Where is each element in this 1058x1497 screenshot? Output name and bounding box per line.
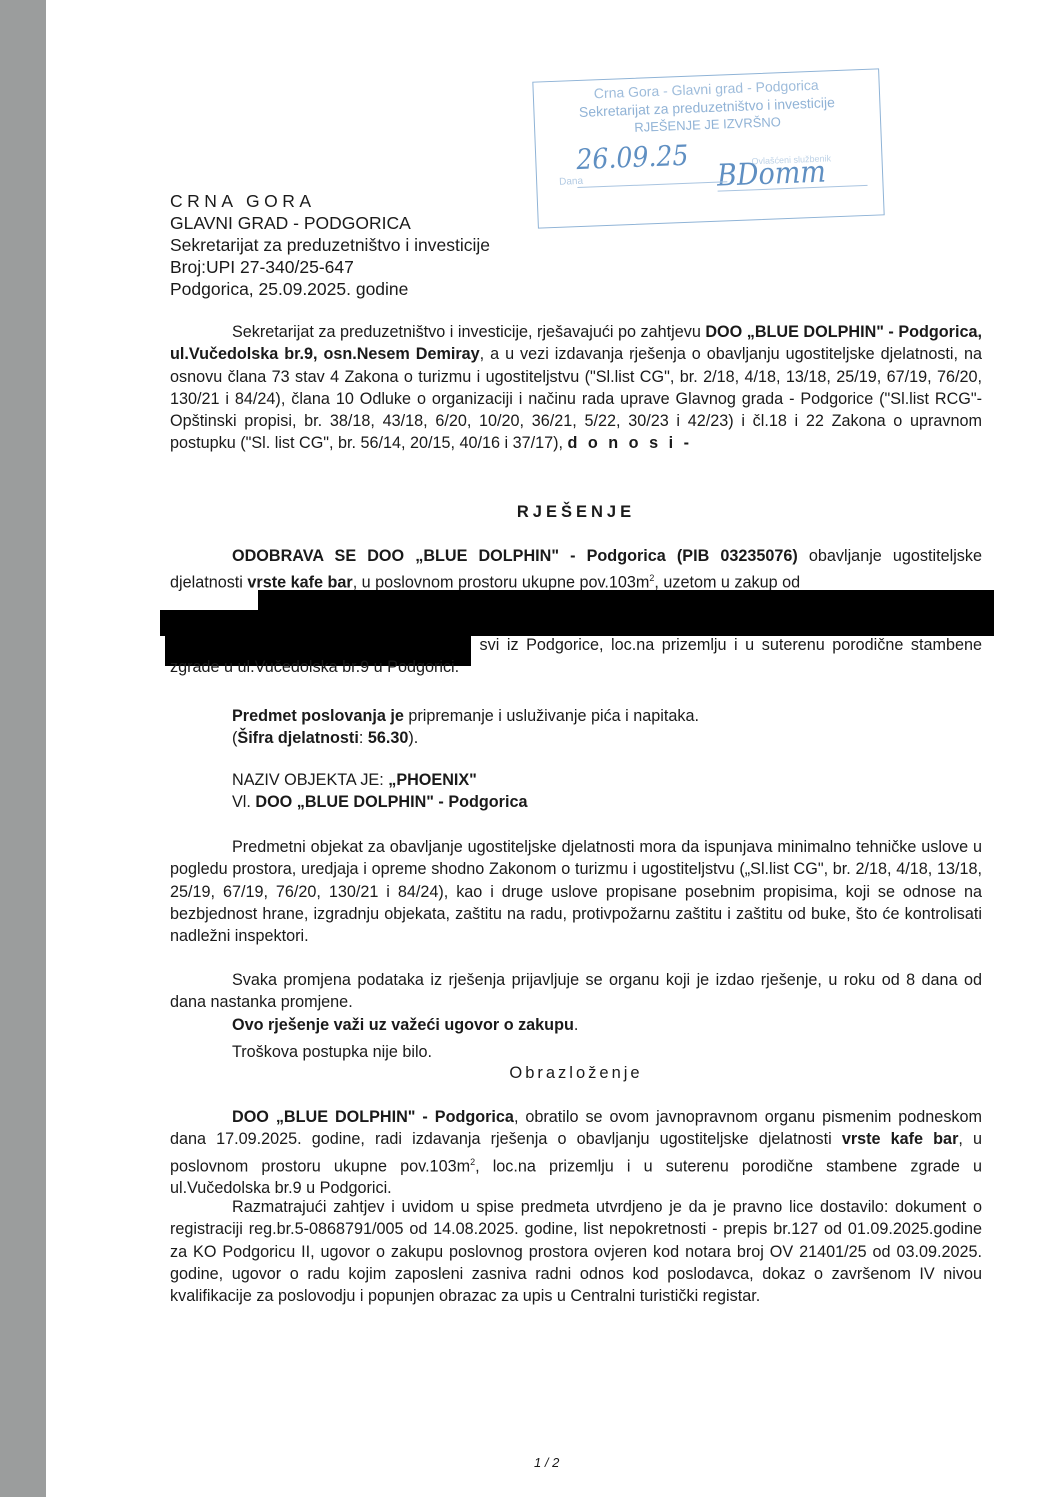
header-department: Sekretarijat za preduzetništvo i investi… [170, 234, 490, 256]
intro-paragraph: Sekretarijat za preduzetništvo i investi… [170, 321, 982, 455]
signature: BDomm [717, 164, 827, 186]
validity-paragraph: Ovo rješenje važi uz važeći ugovor o zak… [232, 1014, 982, 1036]
decision-paragraph: ODOBRAVA SE DOO „BLUE DOLPHIN" - Podgori… [170, 545, 982, 594]
stamp-date-line [577, 181, 727, 188]
decision-title: RJEŠENJE [170, 503, 982, 522]
redaction-bar [160, 610, 994, 636]
document-header: CRNA GORA GLAVNI GRAD - PODGORICA Sekret… [170, 190, 490, 300]
header-place-date: Podgorica, 25.09.2025. godine [170, 278, 490, 300]
conditions-paragraph: Predmetni objekat za obavljanje ugostite… [170, 836, 982, 947]
donosi: d o n o s i - [568, 434, 692, 452]
header-city: GLAVNI GRAD - PODGORICA [170, 212, 490, 234]
scan-edge-strip [0, 0, 46, 1497]
business-subject: Predmet poslovanja je pripremanje i uslu… [232, 705, 932, 750]
decision-paragraph-continued: svi iz Podgorice, loc.na prizemlju i u s… [170, 634, 982, 679]
reasoning-title: Obrazloženje [170, 1064, 982, 1083]
header-number: Broj:UPI 27-340/25-647 [170, 256, 490, 278]
costs-paragraph: Troškova postupka nije bilo. [232, 1041, 982, 1063]
page-number: 1 / 2 [534, 1455, 559, 1470]
object-name: „PHOENIX" [388, 771, 477, 789]
redaction-bar [258, 590, 994, 612]
changes-paragraph: Svaka promjena podataka iz rješenja prij… [170, 969, 982, 1014]
stamp-date: 26.09.25 [576, 147, 689, 169]
object-info: NAZIV OBJEKTA JE: „PHOENIX" Vl. DOO „BLU… [232, 769, 932, 814]
official-stamp: Crna Gora - Glavni grad - Podgorica Sekr… [532, 68, 884, 228]
header-country: CRNA GORA [170, 190, 490, 212]
reasoning-paragraph-2: Razmatrajući zahtjev i uvidom u spise pr… [170, 1196, 982, 1307]
reasoning-paragraph-1: DOO „BLUE DOLPHIN" - Podgorica, obratilo… [170, 1106, 982, 1200]
